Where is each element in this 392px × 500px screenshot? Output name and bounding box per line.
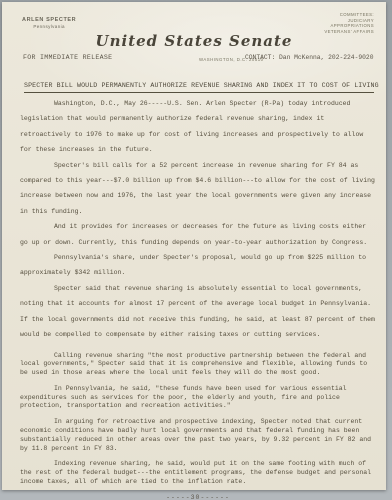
press-release-paragraph: Washington, D.C., May 26-----U.S. Sen. A…: [20, 96, 376, 158]
letterhead-sender: ARLEN SPECTER Pennsylvania: [22, 17, 76, 29]
press-release-paragraph: In Pennsylvania, he said, "these funds h…: [20, 385, 376, 411]
press-release-paragraph: Calling revenue sharing "the most produc…: [20, 352, 376, 378]
committee-line: APPROPRIATIONS: [324, 23, 374, 29]
end-mark: -----30------: [20, 494, 376, 500]
press-contact: CONTACT: Dan McKenna, 202-224-9020: [245, 54, 373, 61]
sender-state: Pennsylvania: [22, 24, 76, 29]
scanned-press-release: { "letterhead": { "sender": { "name": "A…: [0, 0, 392, 500]
sender-name: ARLEN SPECTER: [22, 17, 76, 23]
press-release-paragraph: Indexing revenue sharing, he said, would…: [20, 460, 376, 486]
headline: SPECTER BILL WOULD PERMANENTLY AUTHORIZE…: [24, 82, 374, 93]
press-release-paragraph: Specter said that revenue sharing is abs…: [20, 281, 376, 343]
press-release-body: Washington, D.C., May 26-----U.S. Sen. A…: [20, 96, 376, 500]
press-release-page: ARLEN SPECTER Pennsylvania COMMITTEES: J…: [2, 2, 386, 490]
press-release-paragraph: In arguing for retroactive and prospecti…: [20, 418, 376, 453]
release-line: FOR IMMEDIATE RELEASE: [23, 54, 112, 61]
press-release-paragraph: Pennsylvania's share, under Specter's pr…: [20, 250, 376, 281]
press-release-paragraph: And it provides for increases or decreas…: [20, 219, 376, 250]
press-release-paragraph: Specter's bill calls for a 52 percent in…: [20, 158, 376, 220]
senate-masthead: United States Senate: [2, 32, 386, 50]
